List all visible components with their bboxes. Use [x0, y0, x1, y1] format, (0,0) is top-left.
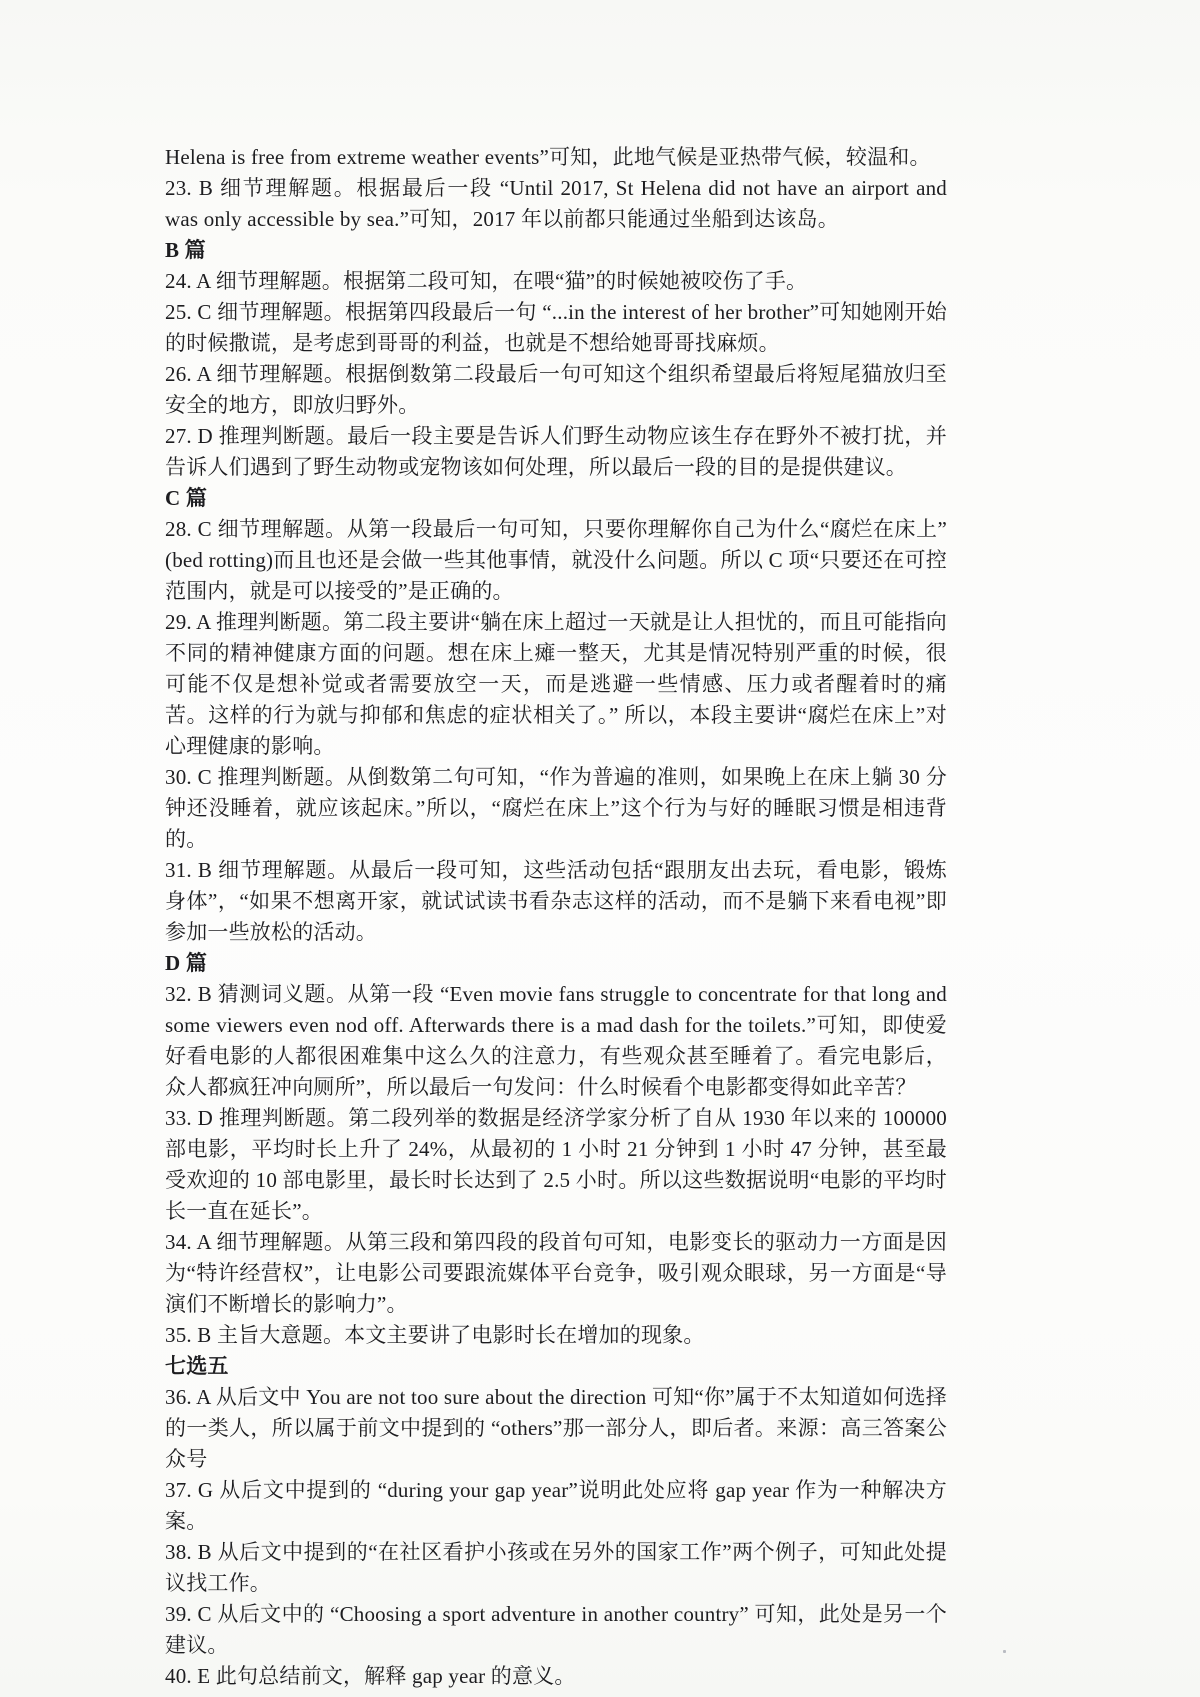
answer-item-26: 26. A 细节理解题。根据倒数第二段最后一句可知这个组织希望最后将短尾猫放归至… [165, 359, 947, 421]
answer-item-36: 36. A 从后文中 You are not too sure about th… [165, 1382, 947, 1475]
answer-item-29: 29. A 推理判断题。第二段主要讲“躺在床上超过一天就是让人担忧的，而且可能指… [165, 607, 947, 762]
answer-item-38: 38. B 从后文中提到的“在社区看护小孩或在另外的国家工作”两个例子，可知此处… [165, 1537, 947, 1599]
answer-item-28: 28. C 细节理解题。从第一段最后一句可知，只要你理解你自己为什么“腐烂在床上… [165, 514, 947, 607]
section-heading-seven-choose-five: 七选五 [165, 1351, 947, 1382]
document-page: Helena is free from extreme weather even… [0, 0, 1200, 1697]
answer-item-30: 30. C 推理判断题。从倒数第二句可知，“作为普遍的准则，如果晚上在床上躺 3… [165, 762, 947, 855]
answer-item-37: 37. G 从后文中提到的 “during your gap year”说明此处… [165, 1475, 947, 1537]
answer-item-23: 23. B 细节理解题。根据最后一段 “Until 2017, St Helen… [165, 173, 947, 235]
answer-key-text-column: Helena is free from extreme weather even… [165, 142, 947, 1692]
section-heading-passage-b: B 篇 [165, 235, 947, 266]
answer-item-25: 25. C 细节理解题。根据第四段最后一句 “...in the interes… [165, 297, 947, 359]
answer-item-35: 35. B 主旨大意题。本文主要讲了电影时长在增加的现象。 [165, 1320, 947, 1351]
answer-item-32: 32. B 猜测词义题。从第一段 “Even movie fans strugg… [165, 979, 947, 1103]
answer-item-24: 24. A 细节理解题。根据第二段可知，在喂“猫”的时候她被咬伤了手。 [165, 266, 947, 297]
answer-item-27: 27. D 推理判断题。最后一段主要是告诉人们野生动物应该生存在野外不被打扰，并… [165, 421, 947, 483]
answer-item-40: 40. E 此句总结前文，解释 gap year 的意义。 [165, 1661, 947, 1692]
section-heading-passage-c: C 篇 [165, 483, 947, 514]
scan-artifact-dot [1003, 1650, 1006, 1653]
answer-item-33: 33. D 推理判断题。第二段列举的数据是经济学家分析了自从 1930 年以来的… [165, 1103, 947, 1227]
answer-item-34: 34. A 细节理解题。从第三段和第四段的段首句可知，电影变长的驱动力一方面是因… [165, 1227, 947, 1320]
paragraph-question22-continuation: Helena is free from extreme weather even… [165, 142, 947, 173]
answer-item-39: 39. C 从后文中的 “Choosing a sport adventure … [165, 1599, 947, 1661]
answer-item-31: 31. B 细节理解题。从最后一段可知，这些活动包括“跟朋友出去玩，看电影，锻炼… [165, 855, 947, 948]
section-heading-passage-d: D 篇 [165, 948, 947, 979]
